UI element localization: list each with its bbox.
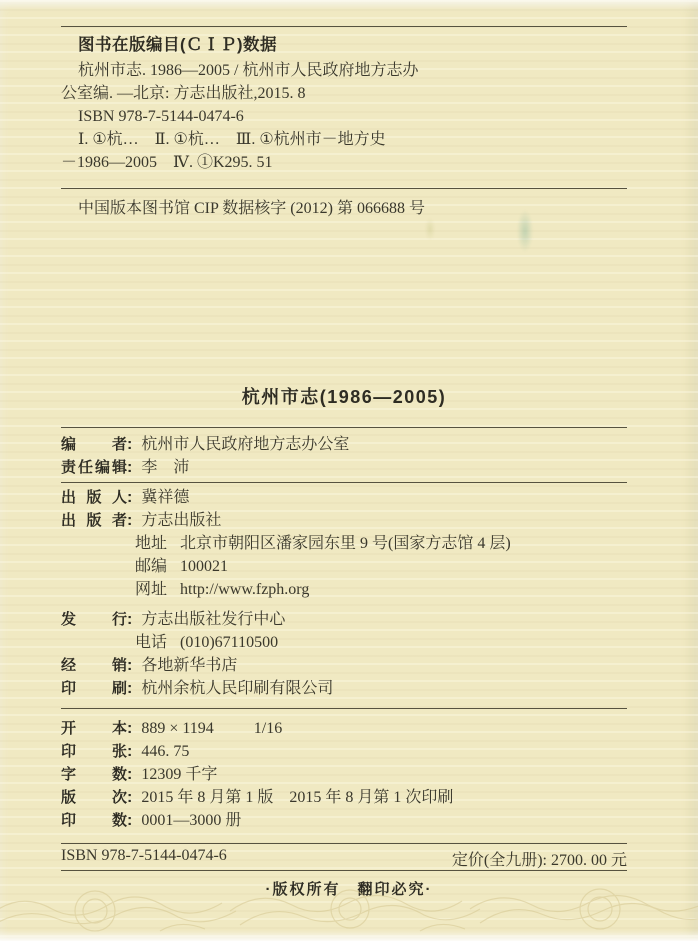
scan-smudge bbox=[425, 218, 435, 240]
book-title: 杭州市志(1986—2005) bbox=[61, 383, 627, 409]
divider bbox=[61, 870, 627, 871]
row-label: 出版人 bbox=[61, 486, 127, 509]
postcode-row: 邮编100021 bbox=[61, 555, 627, 578]
row-value: 2015 年 8 月第 1 版 2015 年 8 月第 1 次印刷 bbox=[141, 789, 453, 806]
row-value: 各地新华书店 bbox=[141, 657, 237, 674]
sub-value: http://www.fzph.org bbox=[180, 581, 309, 598]
row-value: 0001—3000 册 bbox=[141, 812, 241, 829]
row-colon: : bbox=[127, 489, 132, 506]
row-value: 杭州市人民政府地方志办公室 bbox=[141, 436, 349, 453]
publication-block: 出版人:冀祥德 出版者:方志出版社 地址北京市朝阳区潘家园东里 9 号(国家方志… bbox=[61, 486, 627, 700]
row-value: 446. 75 bbox=[141, 743, 189, 760]
row-value: 12309 千字 bbox=[141, 766, 217, 783]
publisher-row: 出版者:方志出版社 bbox=[61, 509, 627, 532]
website-row: 网址http://www.fzph.org bbox=[61, 578, 627, 601]
divider bbox=[61, 708, 627, 709]
sub-label: 地址 bbox=[135, 535, 167, 552]
row-value: 杭州余杭人民印刷有限公司 bbox=[141, 680, 333, 697]
row-label: 经销 bbox=[61, 654, 127, 677]
row-label: 印张 bbox=[61, 740, 127, 763]
sub-label: 邮编 bbox=[135, 558, 167, 575]
cip-line: －1986—2005 Ⅳ. ①K295. 51 bbox=[61, 151, 627, 174]
row-label: 开本 bbox=[61, 717, 127, 740]
row-value: 方志出版社 bbox=[141, 512, 221, 529]
divider bbox=[61, 188, 627, 189]
distributor-row: 发行:方志出版社发行中心 bbox=[61, 608, 627, 631]
printer-row: 印刷:杭州余杭人民印刷有限公司 bbox=[61, 677, 627, 700]
sheets-row: 印张:446. 75 bbox=[61, 740, 627, 763]
divider bbox=[61, 482, 627, 483]
managing-editor-row: 责任编辑:李 沛 bbox=[61, 456, 627, 479]
cip-record-number: 中国版本图书馆 CIP 数据核字 (2012) 第 066688 号 bbox=[78, 195, 425, 218]
row-colon: : bbox=[127, 512, 132, 529]
credits-block: 编者:杭州市人民政府地方志办公室 责任编辑:李 沛 bbox=[61, 433, 627, 479]
sub-label: 电话 bbox=[135, 634, 167, 651]
row-value: 冀祥德 bbox=[141, 489, 189, 506]
row-colon: : bbox=[127, 657, 132, 674]
divider bbox=[61, 26, 627, 27]
row-label: 印数 bbox=[61, 809, 127, 832]
row-label: 发行 bbox=[61, 608, 127, 631]
format-row: 开本:889 × 1194 1/16 bbox=[61, 717, 627, 740]
cip-block: 图书在版编目(ＣＩＰ)数据 杭州市志. 1986—2005 / 杭州市人民政府地… bbox=[61, 33, 627, 174]
wordcount-row: 字数:12309 千字 bbox=[61, 763, 627, 786]
row-colon: : bbox=[127, 766, 132, 783]
row-colon: : bbox=[127, 611, 132, 628]
divider bbox=[61, 427, 627, 428]
scan-smudge bbox=[517, 210, 533, 252]
cip-line: 杭州市志. 1986—2005 / 杭州市人民政府地方志办 bbox=[61, 59, 627, 82]
row-value: 方志出版社发行中心 bbox=[141, 611, 285, 628]
row-colon: : bbox=[127, 680, 132, 697]
cip-line: Ⅰ. ①杭… Ⅱ. ①杭… Ⅲ. ①杭州市－地方史 bbox=[61, 128, 627, 151]
row-colon: : bbox=[127, 812, 132, 829]
isbn-text: ISBN 978-7-5144-0474-6 bbox=[61, 847, 227, 870]
edition-row: 版次:2015 年 8 月第 1 版 2015 年 8 月第 1 次印刷 bbox=[61, 786, 627, 809]
scan-edge-highlight bbox=[0, 930, 698, 941]
colophon-page: 图书在版编目(ＣＩＰ)数据 杭州市志. 1986—2005 / 杭州市人民政府地… bbox=[0, 0, 698, 941]
row-label: 责任编辑 bbox=[61, 456, 127, 479]
publisher-person-row: 出版人:冀祥德 bbox=[61, 486, 627, 509]
sub-value: 100021 bbox=[180, 558, 228, 575]
row-label: 编者 bbox=[61, 433, 127, 456]
row-colon: : bbox=[127, 789, 132, 806]
row-label: 版次 bbox=[61, 786, 127, 809]
editor-row: 编者:杭州市人民政府地方志办公室 bbox=[61, 433, 627, 456]
retailer-row: 经销:各地新华书店 bbox=[61, 654, 627, 677]
copyright-notice: ·版权所有 翻印必究· bbox=[0, 878, 698, 899]
print-specs-block: 开本:889 × 1194 1/16 印张:446. 75 字数:12309 千… bbox=[61, 717, 627, 832]
row-label: 出版者 bbox=[61, 509, 127, 532]
row-value: 889 × 1194 1/16 bbox=[141, 720, 282, 737]
row-value: 李 沛 bbox=[141, 459, 189, 476]
row-label: 字数 bbox=[61, 763, 127, 786]
cip-line: ISBN 978-7-5144-0474-6 bbox=[61, 105, 627, 128]
row-colon: : bbox=[127, 459, 132, 476]
cip-line: 公室编. —北京: 方志出版社,2015. 8 bbox=[61, 82, 627, 105]
print-run-row: 印数:0001—3000 册 bbox=[61, 809, 627, 832]
row-colon: : bbox=[127, 720, 132, 737]
cip-heading: 图书在版编目(ＣＩＰ)数据 bbox=[61, 33, 627, 57]
row-label: 印刷 bbox=[61, 677, 127, 700]
sub-label: 网址 bbox=[135, 581, 167, 598]
divider bbox=[61, 843, 627, 844]
isbn-price-row: ISBN 978-7-5144-0474-6 定价(全九册): 2700. 00… bbox=[61, 847, 627, 870]
sub-value: (010)67110500 bbox=[180, 634, 278, 651]
price-text: 定价(全九册): 2700. 00 元 bbox=[452, 847, 627, 870]
scan-edge-highlight bbox=[0, 0, 698, 9]
row-colon: : bbox=[127, 436, 132, 453]
address-row: 地址北京市朝阳区潘家园东里 9 号(国家方志馆 4 层) bbox=[61, 532, 627, 555]
row-colon: : bbox=[127, 743, 132, 760]
telephone-row: 电话(010)67110500 bbox=[61, 631, 627, 654]
sub-value: 北京市朝阳区潘家园东里 9 号(国家方志馆 4 层) bbox=[180, 535, 511, 552]
